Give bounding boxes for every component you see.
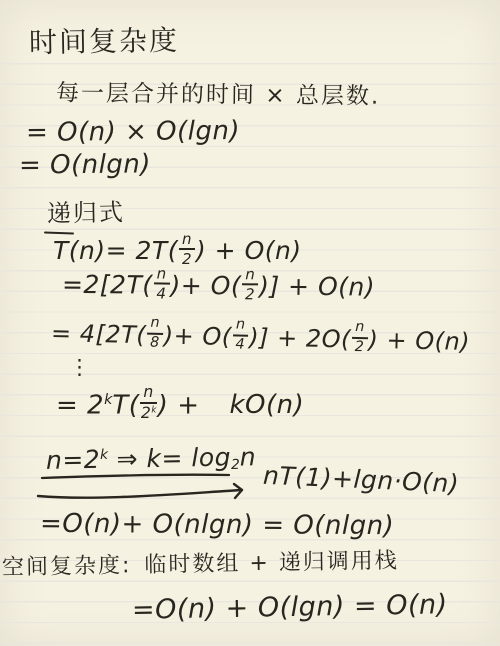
note-title: 时间复杂度 [29,25,180,60]
den-exponent-k: k [151,405,156,415]
fraction-n-4: n4 [153,265,169,302]
den-base: 2 [141,404,151,422]
eq4-tail: kO(n) [230,390,305,420]
notebook-page: 时间复杂度 每一层合并的时间 × 总层数. = O(n) × O(lgn) = … [0,0,500,646]
arrow-right-icon [36,470,260,504]
eq3-mid1: )+ O( [164,322,232,351]
eq2-post: )] + O(n) [259,272,375,302]
eq3-mid2: )] + 2O( [249,323,351,353]
time-total-eq: =O(n)+ O(nlgn) = O(nlgn) [40,510,394,542]
merge-layer-line: 每一层合并的时间 × 总层数. [56,80,380,110]
cond-post: n [239,442,256,471]
eq2-pre: =2[2T( [62,270,153,300]
eq3-pre: = 4[2T( [51,319,147,349]
eq4-mid: T( [112,390,139,420]
space-total-eq: =O(n) + O(lgn) = O(n) [132,589,448,626]
recurrence-eq-4: = 2kT(n2k) +kO(n) [56,387,304,425]
eq4-pre: = 2 [56,390,104,420]
fraction-n-2: n2 [242,266,258,303]
eq3-post: ) + O(n) [368,326,470,356]
vertical-dots: ⋮ [69,355,90,379]
fraction-n-8: n8 [147,316,163,351]
space-desc: 临时数组 + 递归调用栈 [144,549,399,578]
recurrence-eq-2: =2[2T(n4)+ O(n2)] + O(n) [62,268,375,307]
substitution-arrow [36,470,260,504]
eq2-mid: )+ O( [170,271,241,301]
fraction-n-2: n2 [352,320,368,355]
fraction-n-2: n2 [179,231,195,267]
fraction-n-2k: n2k [140,384,156,422]
eq4-close: ) + [158,390,200,420]
recurrence-eq-1: T(n)= 2T(n2) + O(n) [53,234,302,270]
fraction-n-4: n4 [232,317,248,352]
eq-product: = O(n) × O(lgn) [26,117,240,149]
eq-result: = O(nlgn) [19,150,151,181]
eq1-post: ) + O(n) [196,236,302,265]
recurrence-heading: 递归式 [47,199,125,228]
space-heading: 空间复杂度: [2,553,132,580]
eq1-pre: T(n)= 2T( [53,236,178,265]
